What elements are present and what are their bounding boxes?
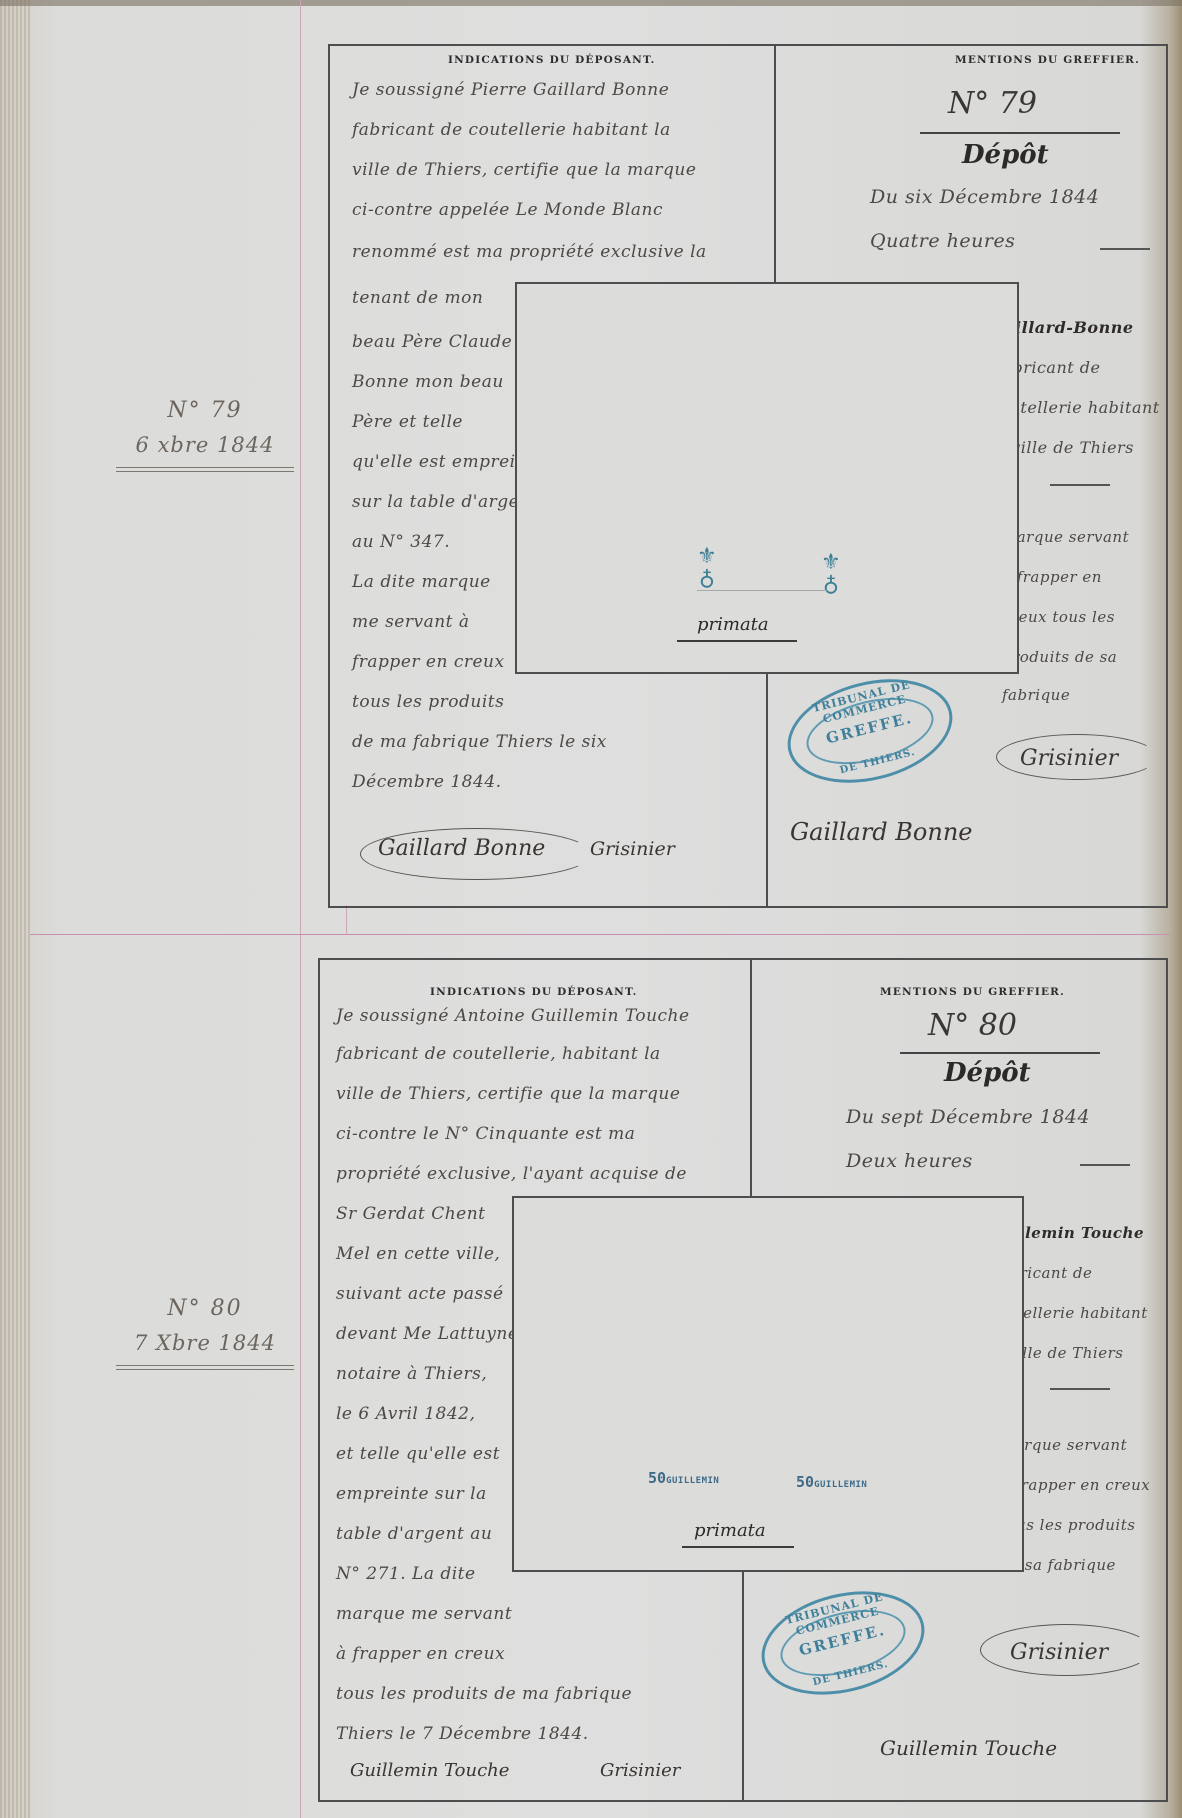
page-edge-stack [0,0,30,1818]
signature-flourish [980,1624,1152,1676]
deposant-line: propriété exclusive, l'ayant acquise de [336,1164,687,1184]
short-rule [1050,1388,1110,1390]
signature-flourish [996,734,1158,780]
deposant-line: Sr Gerdat Chent [336,1204,486,1224]
clerk-signature: Grisinier [590,838,675,860]
deposant-line: notaire à Thiers, [336,1364,487,1384]
deposant-line: Bonne mon beau [352,372,504,392]
deposant-line: au N° 347. [352,532,450,552]
margin-rule-tick [346,905,347,935]
register-number-rule [920,132,1120,134]
deposant-heading: INDICATIONS DU DÉPOSANT. [430,986,637,998]
deposant-signature: Gaillard Bonne [378,836,545,861]
deposant-line: le 6 Avril 1842, [336,1404,475,1424]
deposant-line: Je soussigné Pierre Gaillard Bonne [352,80,669,100]
greffe-stamp: TRIBUNAL DE COMMERCE GREFFE. DE THIERS. [751,1575,936,1710]
register-page: N° 79 6 xbre 1844 INDICATIONS DU DÉPOSAN… [0,0,1182,1818]
greffier-register-number: N° 80 [928,1008,1017,1043]
mark-number: 50 [648,1469,666,1487]
column-divider-top [750,960,752,1196]
mark-label: primata [694,1520,766,1541]
deposant-line: ville de Thiers, certifie que la marque [352,160,696,180]
deposant-line: renommé est ma propriété exclusive la [352,242,707,262]
deposant-line: beau Père Claude [352,332,512,352]
deposant-line: ci-contre le N° Cinquante est ma [336,1124,635,1144]
column-divider-bottom [742,1570,744,1800]
clerk-signature: Grisinier [600,1760,680,1781]
deposant-line: Père et telle [352,412,463,432]
mark-name: GUILLEMIN [666,1476,719,1486]
deposant-signature: Guillemin Touche [350,1760,509,1781]
short-rule [1080,1164,1130,1166]
depot-title: Dépôt [962,140,1049,170]
short-rule [1100,248,1150,250]
deposant-line: de ma fabrique Thiers le six [352,732,607,752]
register-number-rule [900,1052,1100,1054]
greffe-stamp: TRIBUNAL DE COMMERCE GREFFE. DE THIERS. [777,663,964,799]
deposant-line: tous les produits de ma fabrique [336,1684,632,1704]
greffier-heading: MENTIONS DU GREFFIER. [955,54,1140,66]
margin-entry-underline [116,467,294,472]
mark-name: GUILLEMIN [814,1480,867,1490]
deposant-line: suivant acte passé [336,1284,504,1304]
guillemin-50-mark: 50GUILLEMIN [796,1472,867,1491]
mark-label-underline [677,640,797,642]
greffier-mark-line: produits de sa [1002,648,1117,666]
depositor-counter-signature: Gaillard Bonne [790,818,972,846]
top-shadow [0,0,1182,6]
deposant-heading: INDICATIONS DU DÉPOSANT. [448,54,655,66]
deposant-line: Thiers le 7 Décembre 1844. [336,1724,589,1744]
mark-number: 50 [796,1473,814,1491]
margin-entry-80: N° 80 7 Xbre 1844 [110,1296,300,1370]
deposant-line: devant Me Lattuyne [336,1324,518,1344]
greffier-date-line: Du six Décembre 1844 [870,186,1099,208]
depositor-counter-signature: Guillemin Touche [880,1736,1057,1760]
deposant-line: fabricant de coutellerie habitant la [352,120,671,140]
deposant-line: me servant à [352,612,470,632]
deposant-line: ci-contre appelée Le Monde Blanc [352,200,663,220]
column-divider-bottom [766,671,768,906]
short-rule [1050,484,1110,486]
mark-baseline [697,590,827,591]
greffier-time-line: Quatre heures [870,230,1015,252]
deposant-line: empreinte sur la [336,1484,487,1504]
deposant-line: fabricant de coutellerie, habitant la [336,1044,661,1064]
deposant-line: Mel en cette ville, [336,1244,500,1264]
deposant-line: marque me servant [336,1604,512,1624]
margin-entry-number: N° 79 [110,398,300,423]
mark-label: primata [697,614,769,635]
deposant-line: frapper en creux [352,652,505,672]
greffier-date-line: Du sept Décembre 1844 [846,1106,1090,1128]
greffier-register-number: N° 79 [948,86,1037,121]
deposant-line: La dite marque [352,572,491,592]
deposant-line: ville de Thiers, certifie que la marque [336,1084,680,1104]
greffier-heading: MENTIONS DU GREFFIER. [880,986,1065,998]
entry-form-79: INDICATIONS DU DÉPOSANT. MENTIONS DU GRE… [328,44,1168,908]
deposant-line: et telle qu'elle est [336,1444,500,1464]
deposant-line: tenant de mon [352,288,483,308]
deposant-line: Je soussigné Antoine Guillemin Touche [336,1006,690,1026]
greffier-mark-line: marque servant [1002,528,1129,546]
entry-form-80: INDICATIONS DU DÉPOSANT. MENTIONS DU GRE… [318,958,1168,1802]
deposant-line: Décembre 1844. [352,772,502,792]
mark-impression-box: 50GUILLEMIN 50GUILLEMIN primata [512,1196,1024,1572]
margin-entry-date: 7 Xbre 1844 [110,1331,300,1355]
greffier-time-line: Deux heures [846,1150,973,1172]
deposant-line: sur la table d'argent [352,492,538,512]
margin-entry-number: N° 80 [110,1296,300,1321]
column-divider-top [774,46,776,284]
entry-separator-rule [30,934,1170,935]
mark-impression-box: ⚜♁ ⚜♁ primata [515,282,1019,674]
mark-label-underline [682,1546,794,1548]
deposant-line: N° 271. La dite [336,1564,476,1584]
deposant-line: à frapper en creux [336,1644,505,1664]
deposant-line: tous les produits [352,692,504,712]
margin-entry-79: N° 79 6 xbre 1844 [110,398,300,472]
depot-title: Dépôt [944,1058,1031,1088]
margin-entry-date: 6 xbre 1844 [110,433,300,457]
greffier-mark-line: fabrique [1002,686,1070,704]
fleur-de-lis-mark-icon: ⚜♁ [697,546,717,590]
margin-rule-vertical [300,0,301,1818]
guillemin-50-mark: 50GUILLEMIN [648,1468,719,1487]
margin-entry-underline [116,1365,294,1370]
deposant-line: table d'argent au [336,1524,492,1544]
